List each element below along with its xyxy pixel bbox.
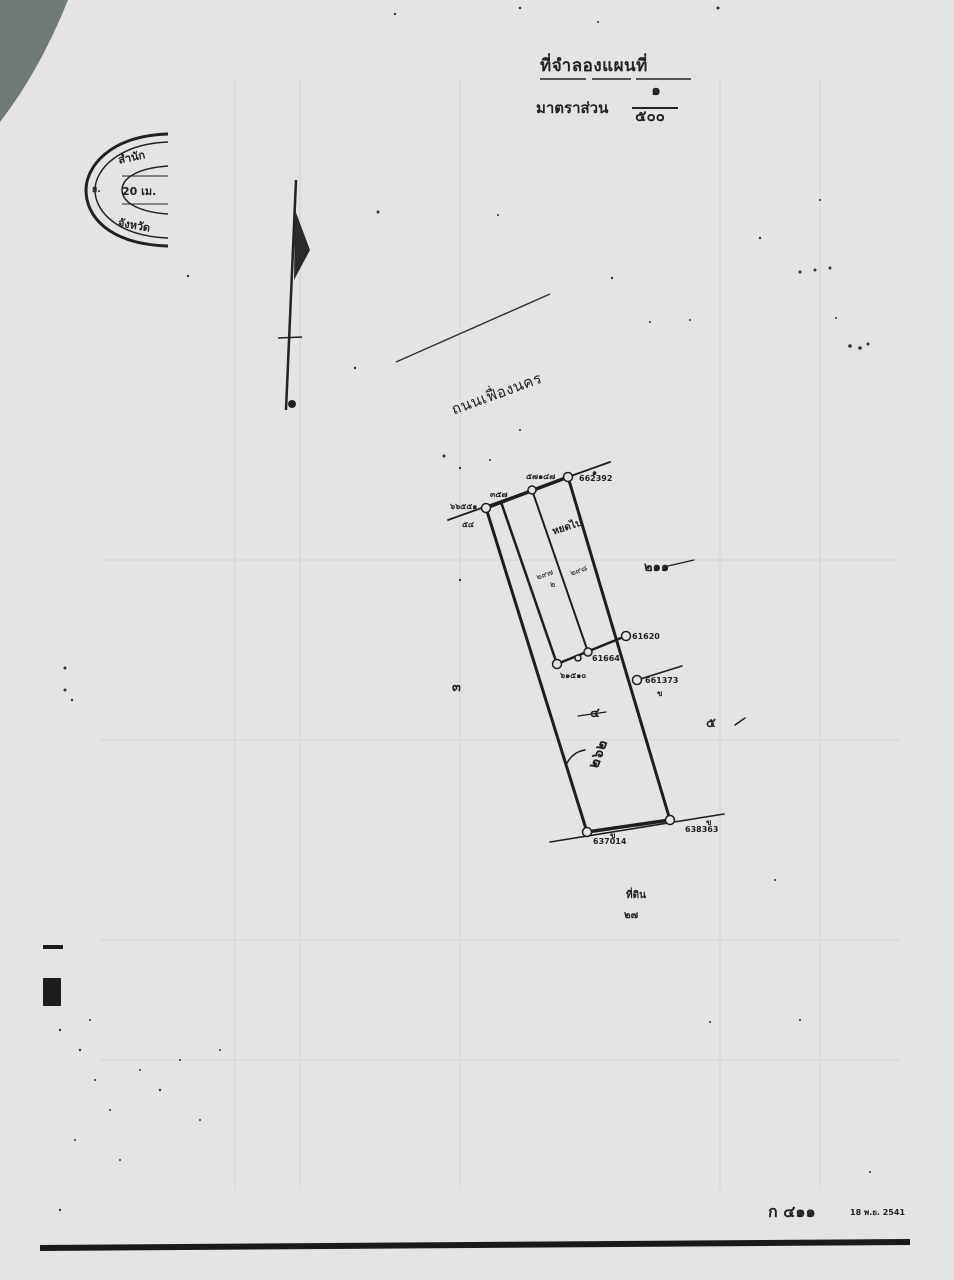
scanned-document-page: ที่จำลองแผนที่ มาตราส่วน ๑ ๕๐๐ สำนัก 20 …: [0, 0, 954, 1280]
scan-noise: [0, 0, 954, 1280]
margin-mark-top: [43, 945, 63, 949]
footer-signature: ก ๔๑๑: [768, 1200, 816, 1225]
footer-date: 18 พ.ย. 2541: [850, 1206, 905, 1219]
margin-mark-block: [43, 978, 61, 1006]
